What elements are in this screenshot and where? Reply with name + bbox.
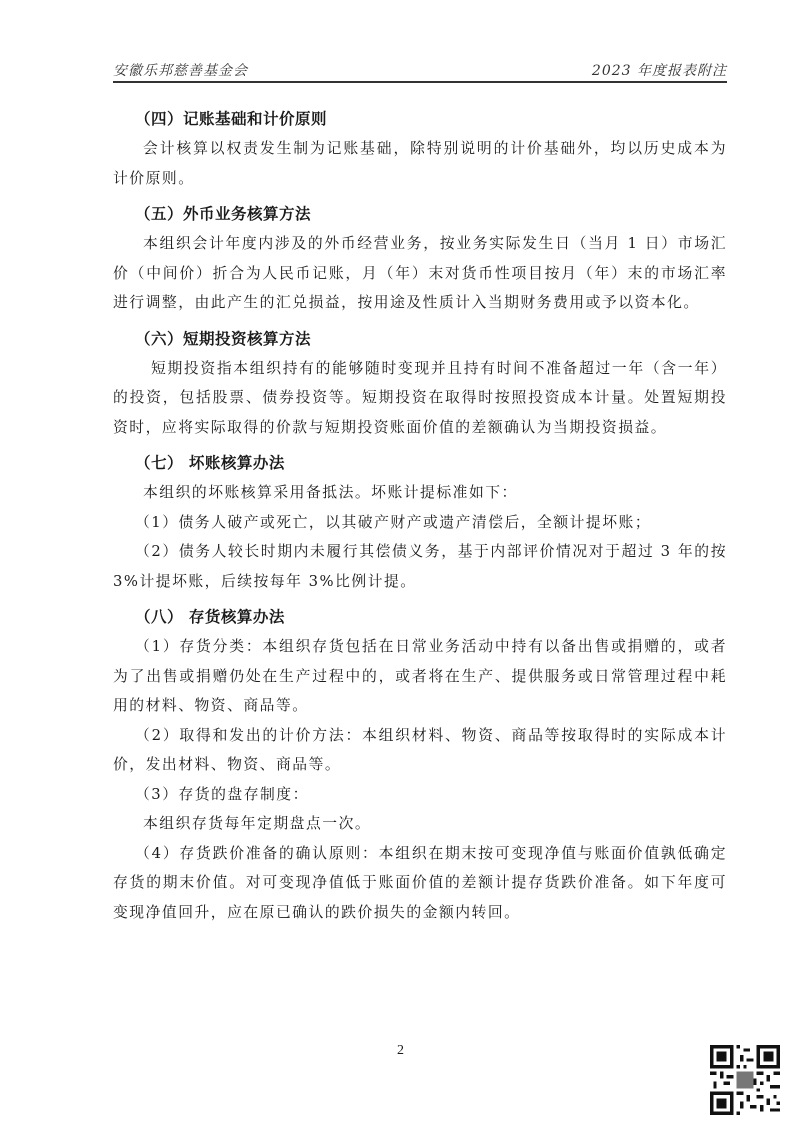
list-item: （2）债务人较长时期内未履行其偿债义务，基于内部评价情况对于超过 3 年的按 3… — [113, 537, 727, 596]
section-heading-5: （五）外币业务核算方法 — [113, 199, 727, 229]
section-heading-7: （七） 坏账核算办法 — [113, 448, 727, 478]
document-body: （四）记账基础和计价原则 会计核算以权责发生制为记账基础，除特别说明的计价基础外… — [113, 104, 727, 927]
page-number: 2 — [397, 1043, 404, 1059]
header-report-title: 2023 年度报表附注 — [592, 60, 727, 80]
list-item: （2）取得和发出的计价方法：本组织材料、物资、商品等按取得时的实际成本计价，发出… — [113, 721, 727, 780]
section-heading-6: （六）短期投资核算方法 — [113, 324, 727, 354]
paragraph: 本组织会计年度内涉及的外币经营业务，按业务实际发生日（当月 1 日）市场汇价（中… — [113, 229, 727, 318]
paragraph: 会计核算以权责发生制为记账基础，除特别说明的计价基础外，均以历史成本为计价原则。 — [113, 134, 727, 193]
list-item: （3）存货的盘存制度： — [113, 780, 727, 810]
qr-code-icon — [710, 1045, 780, 1115]
header-organization: 安徽乐邦慈善基金会 — [113, 60, 248, 80]
list-item: （1）存货分类：本组织存货包括在日常业务活动中持有以备出售或捐赠的，或者为了出售… — [113, 632, 727, 721]
page-header: 安徽乐邦慈善基金会 2023 年度报表附注 — [113, 58, 727, 81]
section-heading-4: （四）记账基础和计价原则 — [113, 104, 727, 134]
paragraph: 本组织存货每年定期盘点一次。 — [113, 809, 727, 839]
list-item: （1）债务人破产或死亡，以其破产财产或遗产清偿后，全额计提坏账； — [113, 508, 727, 538]
list-item: （4）存货跌价准备的确认原则：本组织在期末按可变现净值与账面价值孰低确定存货的期… — [113, 839, 727, 928]
section-heading-8: （八） 存货核算办法 — [113, 602, 727, 632]
paragraph: 本组织的坏账核算采用备抵法。坏账计提标准如下： — [113, 478, 727, 508]
paragraph: 短期投资指本组织持有的能够随时变现并且持有时间不准备超过一年（含一年）的投资，包… — [113, 354, 727, 443]
header-divider — [113, 81, 727, 83]
